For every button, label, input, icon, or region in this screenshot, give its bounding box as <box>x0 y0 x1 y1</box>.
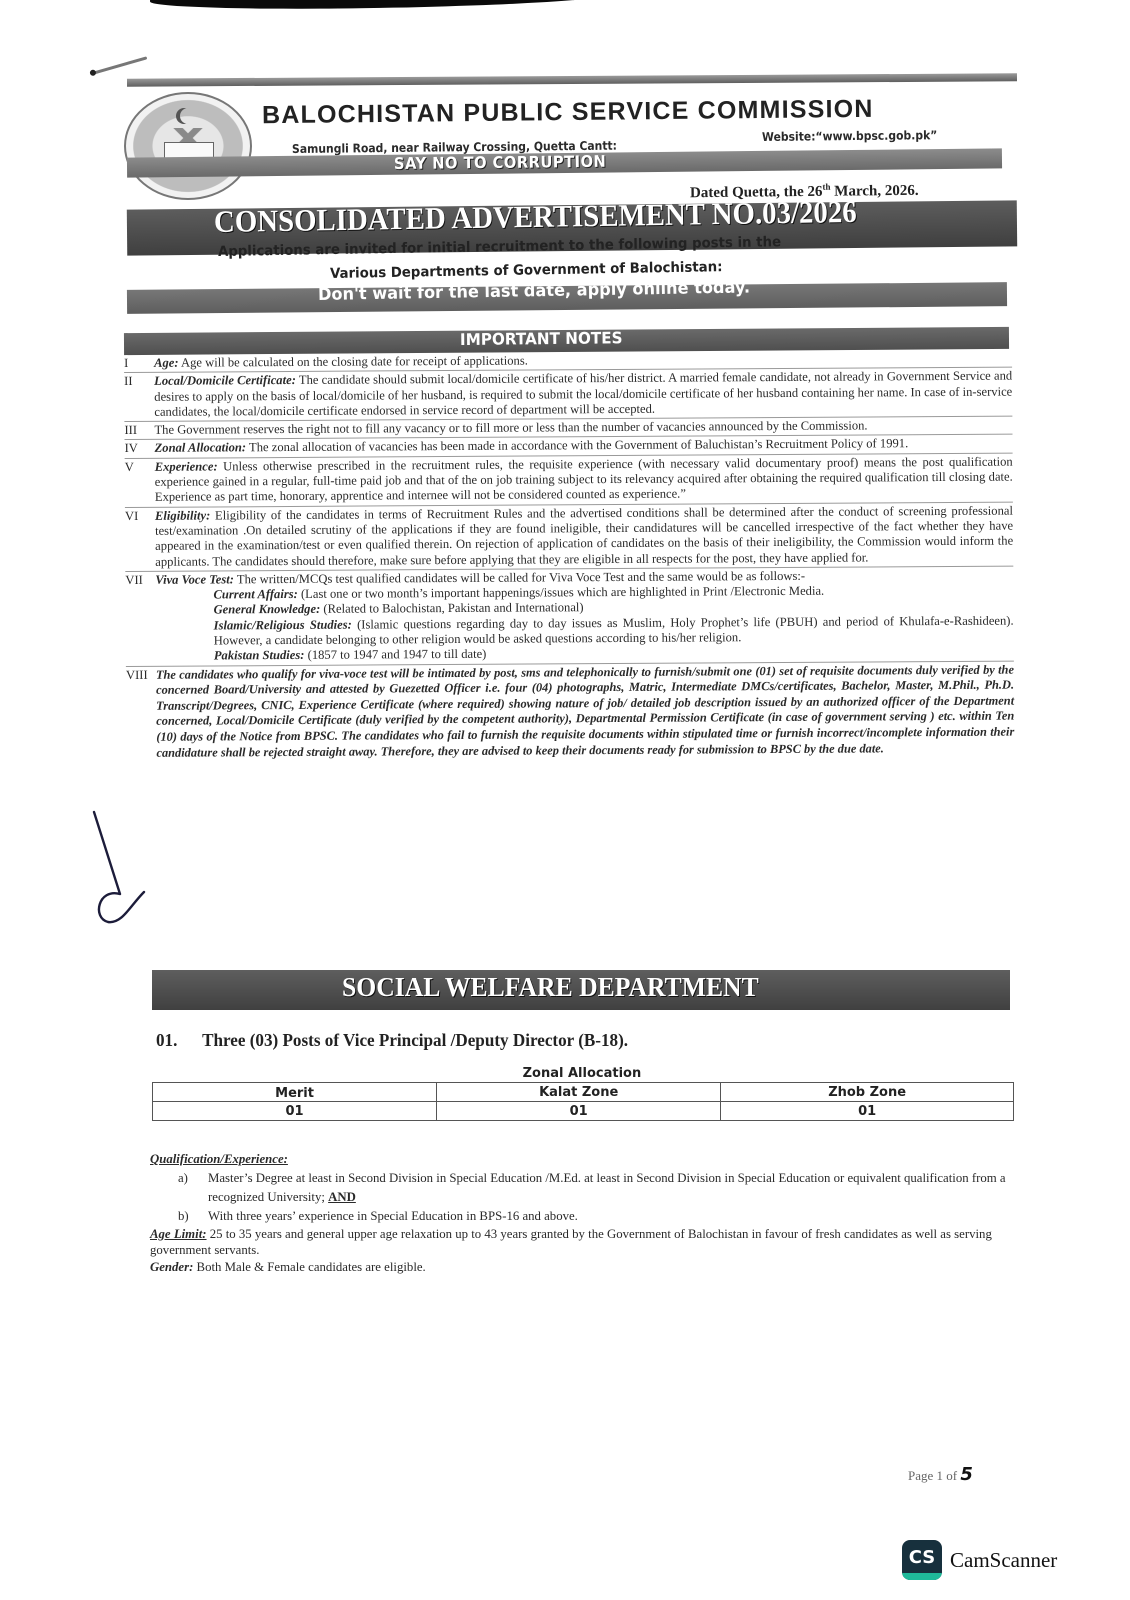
note-text: The zonal allocation of vacancies has be… <box>246 437 908 455</box>
slogan-text: SAY NO TO CORRUPTION <box>394 152 606 173</box>
table-header-zhob: Zhob Zone <box>721 1083 1014 1102</box>
note-text: Unless otherwise prescribed in the recru… <box>155 454 1013 504</box>
note-number: VIII <box>126 667 157 761</box>
qualification-item: a) Master’s Degree at least in Second Di… <box>178 1169 1018 1207</box>
age-limit-text: 25 to 35 years and general upper age rel… <box>150 1227 992 1257</box>
viva-sub-item: Islamic/Religious Studies: (Islamic ques… <box>214 613 1014 648</box>
note-number: VI <box>125 508 155 569</box>
item-letter: b) <box>178 1207 208 1226</box>
note-label: Age: <box>154 356 179 370</box>
camscanner-logo-icon: CS <box>902 1540 942 1580</box>
zonal-allocation-caption: Zonal Allocation <box>437 1064 1014 1083</box>
table-cell-zhob: 01 <box>721 1102 1014 1121</box>
camscanner-watermark: CS CamScanner <box>902 1540 1057 1580</box>
page-total: 5 <box>960 1464 973 1485</box>
page-prefix: Page 1 of <box>908 1468 960 1483</box>
table-cell-kalat: 01 <box>437 1102 721 1121</box>
important-notes-list: I Age: Age will be calculated on the clo… <box>124 351 1014 764</box>
note-text: Eligibility of the candidates in terms o… <box>155 503 1013 568</box>
sub-label: Current Affairs: <box>213 587 297 602</box>
page-number: Page 1 of 5 <box>908 1464 973 1485</box>
pen-mark <box>93 56 148 74</box>
note-text: Age will be calculated on the closing da… <box>178 354 527 370</box>
age-limit: Age Limit: 25 to 35 years and general up… <box>150 1226 1018 1258</box>
note-label: Eligibility: <box>155 508 210 522</box>
note-item: II Local/Domicile Certificate: The candi… <box>124 369 1012 422</box>
note-text: The candidates who qualify for viva-voce… <box>156 662 1015 761</box>
scan-ink-smudge <box>150 0 620 10</box>
crescent-icon <box>180 108 196 124</box>
important-notes-title: IMPORTANT NOTES <box>460 328 623 349</box>
gender: Gender: Both Male & Female candidates ar… <box>150 1258 1018 1277</box>
sub-text: (Last one or two month’s important happe… <box>298 584 824 601</box>
note-label: Experience: <box>155 459 218 473</box>
note-item: VI Eligibility: Eligibility of the candi… <box>125 503 1013 572</box>
department-title: SOCIAL WELFARE DEPARTMENT <box>342 972 759 1003</box>
camscanner-name: CamScanner <box>950 1548 1057 1573</box>
sub-label: General Knowledge: <box>214 602 321 617</box>
camscanner-logo-text: CS <box>909 1547 936 1568</box>
sub-text: (Related to Balochistan, Pakistan and In… <box>320 601 583 617</box>
note-text: The Government reserves the right not to… <box>154 419 867 437</box>
sub-label: Islamic/Religious Studies: <box>214 617 352 632</box>
note-label: Viva Voce Test: <box>155 572 234 586</box>
note-number: III <box>124 423 154 438</box>
post-number: 01. <box>156 1030 177 1050</box>
organization-website: Website:“www.bpsc.gob.pk” <box>762 128 937 144</box>
note-number: IV <box>125 441 155 456</box>
note-item: VII Viva Voce Test: The written/MCQs tes… <box>125 567 1014 666</box>
sub-label: Pakistan Studies: <box>214 648 305 663</box>
table-cell-merit: 01 <box>153 1102 437 1121</box>
note-item: V Experience: Unless otherwise prescribe… <box>125 454 1013 507</box>
zonal-allocation-table: Zonal Allocation Merit Kalat Zone Zhob Z… <box>152 1064 1014 1121</box>
qualification-item: b) With three years’ experience in Speci… <box>178 1207 1018 1226</box>
header-top-rule <box>127 73 1017 86</box>
gender-label: Gender: <box>150 1260 193 1274</box>
post-title: Three (03) Posts of Vice Principal /Depu… <box>202 1030 628 1050</box>
bpsc-emblem-icon <box>124 92 252 200</box>
table-header-kalat: Kalat Zone <box>437 1083 721 1102</box>
item-text: With three years’ experience in Special … <box>208 1207 578 1226</box>
item-letter: a) <box>178 1169 208 1207</box>
note-label: Local/Domicile Certificate: <box>154 373 296 388</box>
table-header-merit: Merit <box>153 1083 437 1102</box>
handwritten-signature-icon <box>88 808 148 928</box>
note-number: VII <box>125 573 156 665</box>
dated-sup: th <box>822 182 830 192</box>
post-heading: 01.Three (03) Posts of Vice Principal /D… <box>156 1030 628 1051</box>
gender-text: Both Male & Female candidates are eligib… <box>193 1260 425 1274</box>
qualification-label: Qualification/Experience: <box>150 1150 1018 1169</box>
item-emphasis: AND <box>328 1190 356 1204</box>
age-limit-label: Age Limit: <box>150 1227 207 1241</box>
organization-name: BALOCHISTAN PUBLIC SERVICE COMMISSION <box>262 95 874 130</box>
note-number: II <box>124 374 154 420</box>
note-item: VIII The candidates who qualify for viva… <box>126 662 1015 762</box>
qualification-section: Qualification/Experience: a) Master’s De… <box>150 1150 1018 1277</box>
note-number: V <box>125 460 155 506</box>
note-label: Zonal Allocation: <box>155 441 247 456</box>
sub-text: (1857 to 1947 and 1947 to till date) <box>304 647 486 662</box>
note-number: I <box>124 356 154 371</box>
